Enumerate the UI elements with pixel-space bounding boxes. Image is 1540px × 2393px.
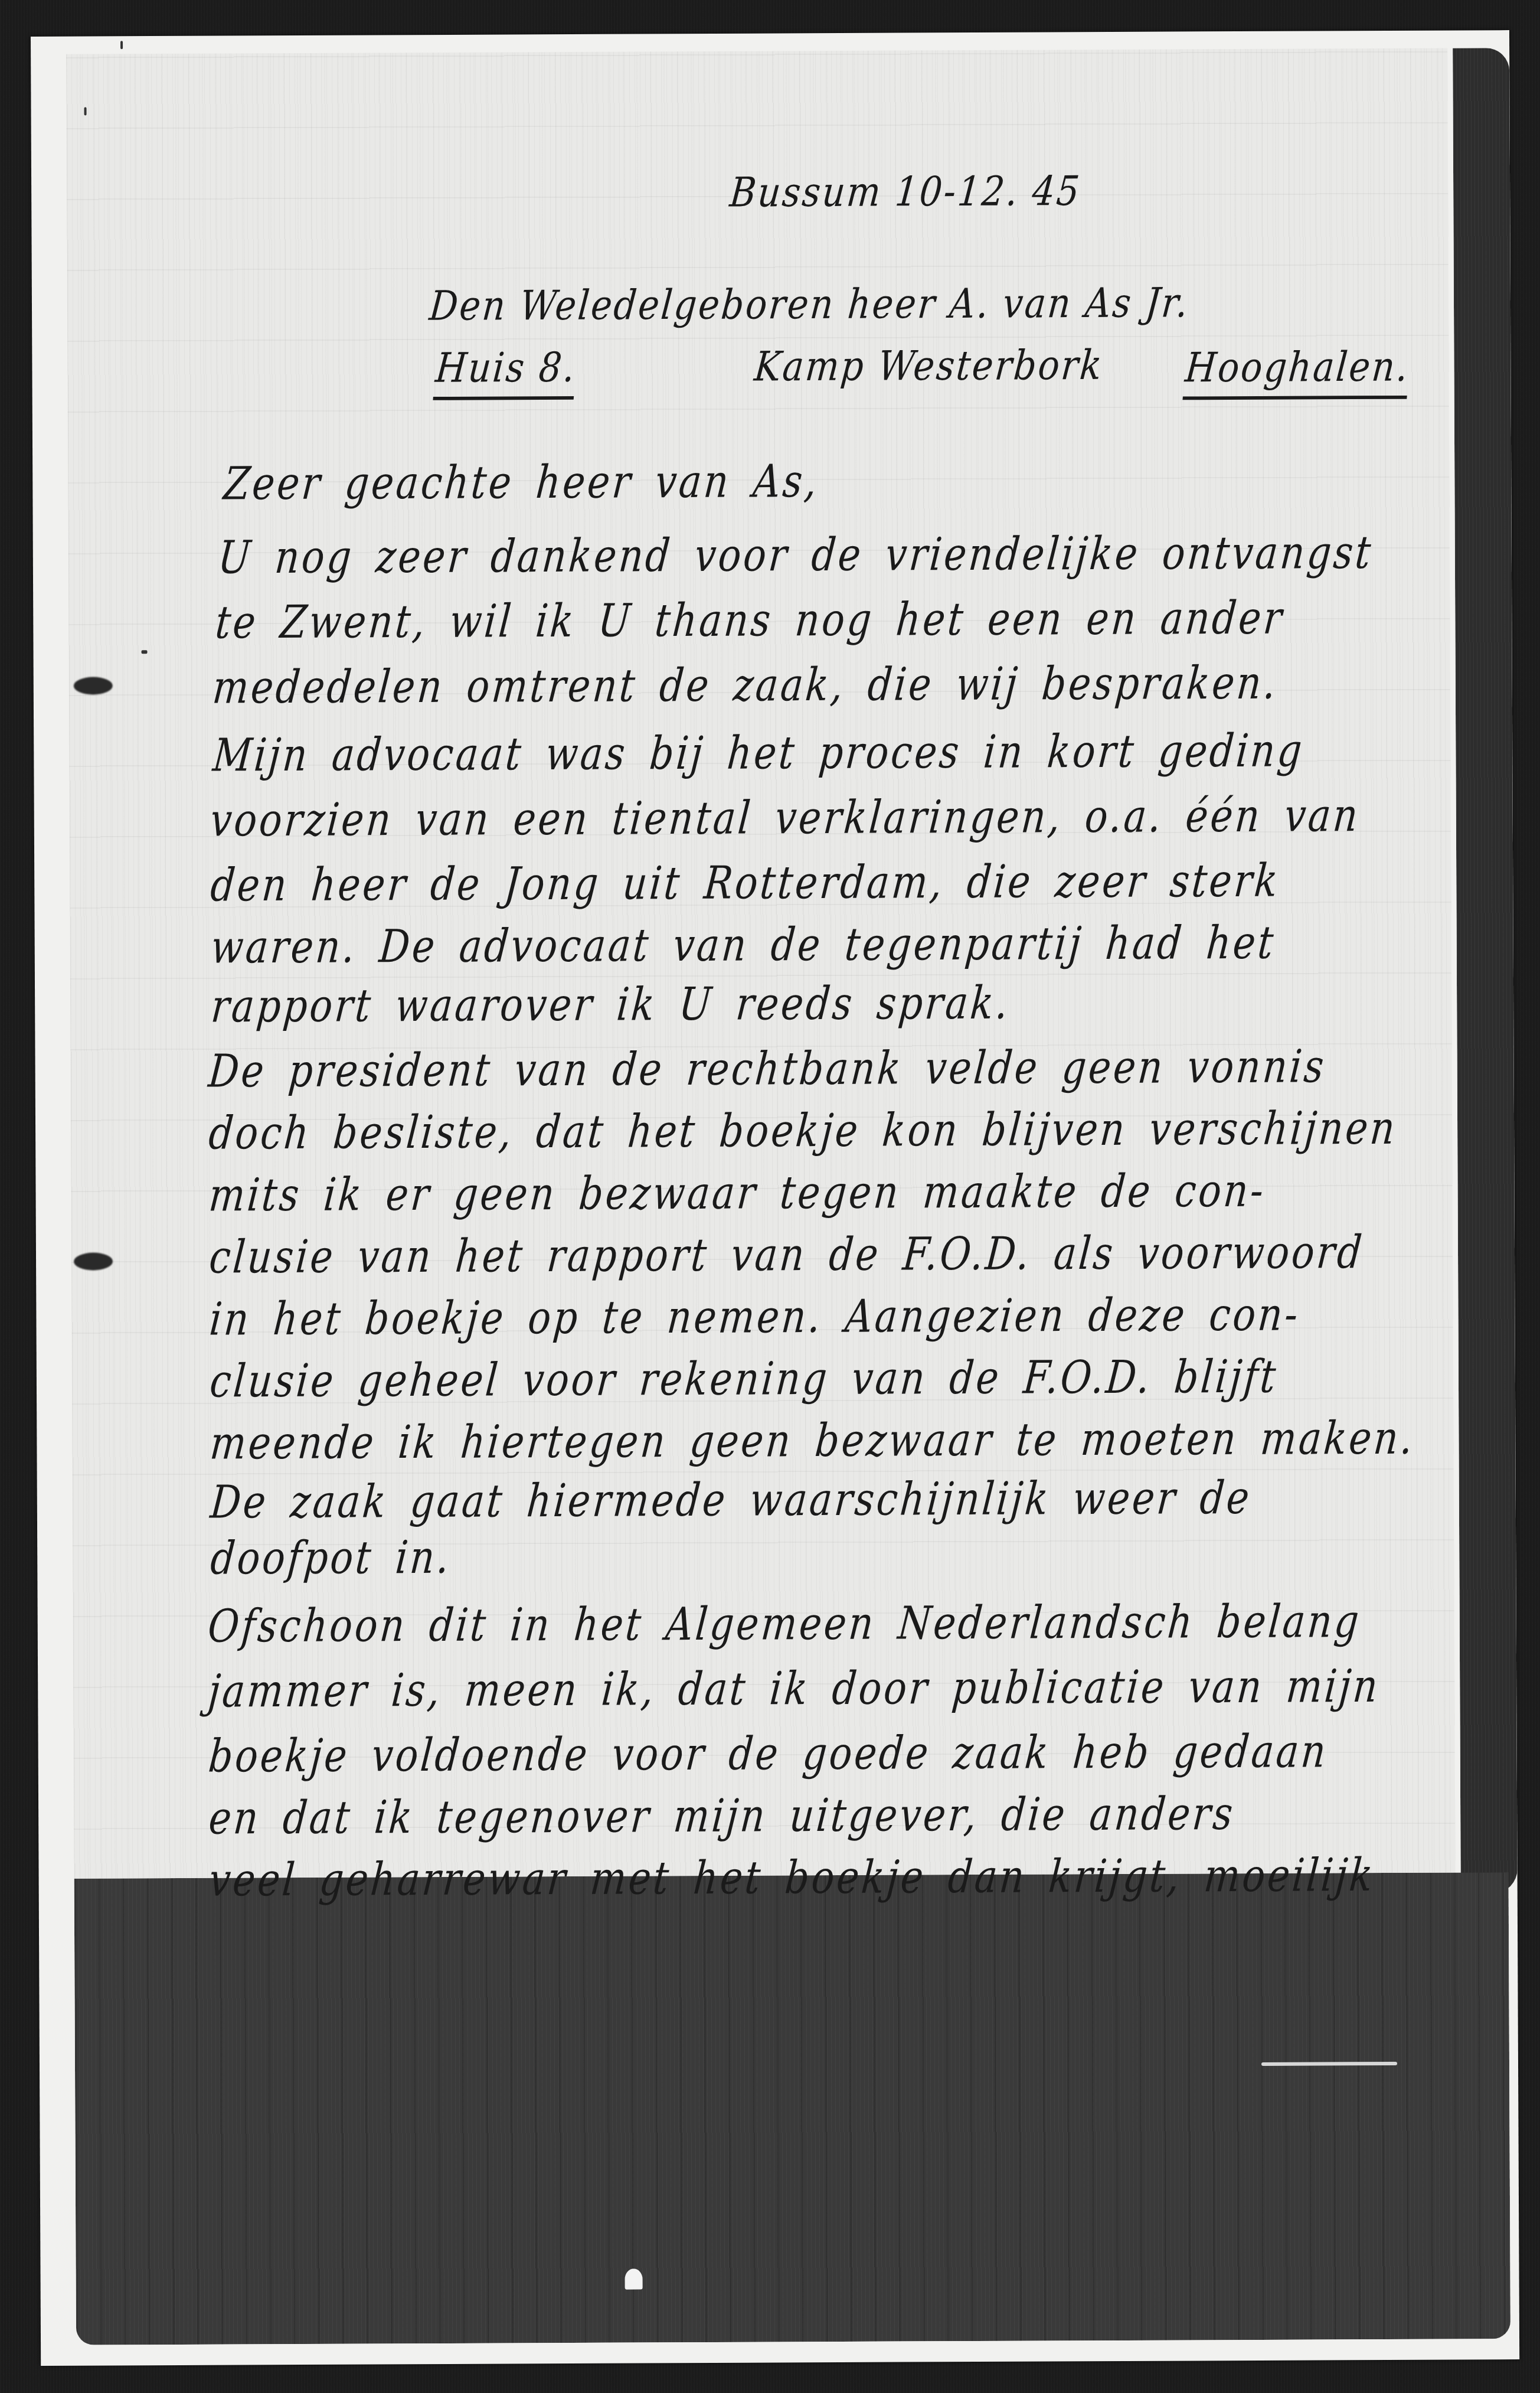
body-line: in het boekje op te nemen. Aangezien dez… [208, 1289, 1302, 1346]
addressee-house: Huis 8. [434, 344, 578, 392]
body-line: den heer de Jong uit Rotterdam, die zeer… [208, 855, 1281, 912]
white-fleck [625, 2269, 643, 2290]
body-line: De president van de rechtbank velde geen… [207, 1041, 1328, 1098]
body-line: waren. De advocaat van de tegenpartij ha… [209, 917, 1278, 974]
body-line: doch besliste, dat het boekje kon blijve… [207, 1102, 1399, 1160]
body-line: veel geharrewar met het boekje dan krijg… [207, 1849, 1377, 1906]
body-line: Mijn advocaat was bij het proces in kort… [211, 725, 1306, 782]
body-line: boekje voldoende voor de goede zaak heb … [207, 1726, 1330, 1783]
white-streak [1261, 2062, 1397, 2066]
body-line: mits ik er geen bezwaar tegen maakte de … [207, 1165, 1268, 1222]
body-line: jammer is, meen ik, dat ik door publicat… [206, 1660, 1382, 1718]
body-line: doofpot in. [208, 1532, 453, 1585]
punch-hole-bottom [74, 1252, 113, 1270]
margin-mark [120, 41, 123, 49]
toner-edge-band [1453, 48, 1518, 1893]
body-line: U nog zeer dankend voor de vriendelijke … [216, 527, 1375, 584]
place-date: Bussum 10-12. 45 [728, 168, 1083, 217]
salutation: Zeer geachte heer van As, [222, 455, 822, 510]
margin-mark [142, 650, 148, 654]
addressee-town: Hooghalen. [1183, 343, 1412, 391]
body-line: te Zwent, wil ik U thans nog het een en … [214, 592, 1286, 649]
body-line: clusie van het rapport van de F.O.D. als… [207, 1226, 1366, 1284]
addressee-camp: Kamp Westerbork [753, 342, 1106, 391]
letter-sheet: Bussum 10-12. 45 Den Weledelgeboren heer… [31, 30, 1519, 2366]
body-line: en dat ik tegenover mijn uitgever, die a… [207, 1788, 1237, 1844]
body-line: Ofschoon dit in het Algemeen Nederlandsc… [206, 1595, 1363, 1653]
body-line: mededelen omtrent de zaak, die wij bespr… [211, 657, 1280, 714]
body-line: meende ik hiertegen geen bezwaar te moet… [208, 1412, 1417, 1470]
body-line: rapport waarover ik U reeds sprak. [209, 977, 1012, 1033]
body-line: clusie geheel voor rekening van de F.O.D… [208, 1351, 1280, 1408]
punch-hole-top [74, 677, 113, 694]
body-line: De zaak gaat hiermede waarschijnlijk wee… [208, 1472, 1254, 1529]
body-line: voorzien van een tiental verklaringen, o… [208, 789, 1362, 847]
toner-bottom-block [74, 1872, 1510, 2345]
addressee-line: Den Weledelgeboren heer A. van As Jr. [427, 279, 1191, 330]
margin-mark [84, 107, 87, 116]
